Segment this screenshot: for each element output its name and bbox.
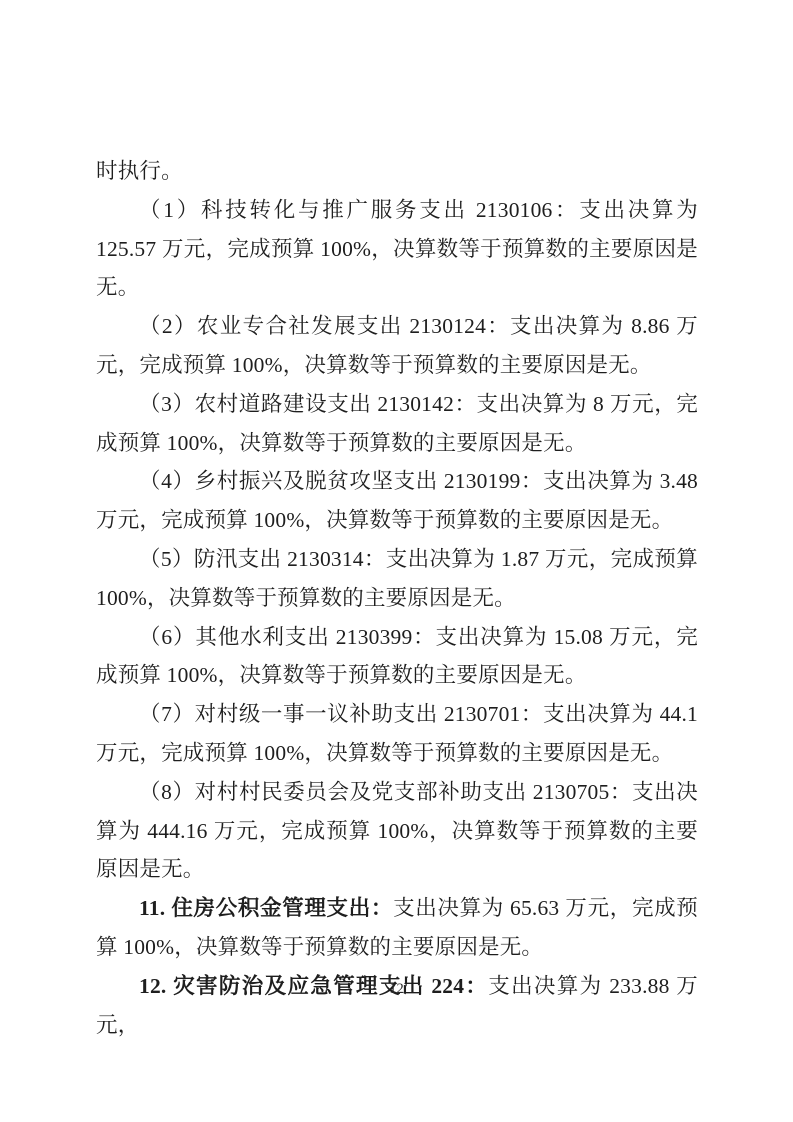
document-page: 时执行。（1）科技转化与推广服务支出 2130106：支出决算为 125.57 …: [0, 0, 793, 1122]
paragraph-text-run: （6）其他水利支出 2130399：支出决算为 15.08 万元，完成预算 10…: [96, 625, 698, 688]
paragraph-text-run: （2）农业专合社发展支出 2130124：支出决算为 8.86 万元，完成预算 …: [96, 314, 698, 377]
paragraph: （6）其他水利支出 2130399：支出决算为 15.08 万元，完成预算 10…: [96, 618, 698, 696]
paragraph-heading-run: 11. 住房公积金管理支出：: [139, 896, 393, 920]
page-footer: 12: [0, 979, 793, 999]
paragraph: （8）对村村民委员会及党支部补助支出 2130705：支出决算为 444.16 …: [96, 773, 698, 889]
document-body: 时执行。（1）科技转化与推广服务支出 2130106：支出决算为 125.57 …: [96, 152, 698, 1044]
paragraph: （2）农业专合社发展支出 2130124：支出决算为 8.86 万元，完成预算 …: [96, 307, 698, 385]
paragraph-text-run: （7）对村级一事一议补助支出 2130701：支出决算为 44.1 万元，完成预…: [96, 702, 698, 765]
paragraph: （3）农村道路建设支出 2130142：支出决算为 8 万元，完成预算 100%…: [96, 385, 698, 463]
paragraph: （1）科技转化与推广服务支出 2130106：支出决算为 125.57 万元，完…: [96, 191, 698, 307]
page-number: 12: [389, 981, 404, 997]
paragraph: （7）对村级一事一议补助支出 2130701：支出决算为 44.1 万元，完成预…: [96, 695, 698, 773]
paragraph-text-run: 时执行。: [96, 159, 183, 183]
paragraph-text-run: （1）科技转化与推广服务支出 2130106：支出决算为 125.57 万元，完…: [96, 198, 698, 300]
paragraph: 时执行。: [96, 152, 698, 191]
paragraph: （4）乡村振兴及脱贫攻坚支出 2130199：支出决算为 3.48 万元，完成预…: [96, 462, 698, 540]
paragraph-text-run: （5）防汛支出 2130314：支出决算为 1.87 万元，完成预算 100%，…: [96, 547, 698, 610]
paragraph: 11. 住房公积金管理支出：支出决算为 65.63 万元，完成预算 100%，决…: [96, 889, 698, 967]
paragraph-text-run: （4）乡村振兴及脱贫攻坚支出 2130199：支出决算为 3.48 万元，完成预…: [96, 469, 698, 532]
paragraph-text-run: （8）对村村民委员会及党支部补助支出 2130705：支出决算为 444.16 …: [96, 780, 698, 882]
paragraph: （5）防汛支出 2130314：支出决算为 1.87 万元，完成预算 100%，…: [96, 540, 698, 618]
paragraph-text-run: （3）农村道路建设支出 2130142：支出决算为 8 万元，完成预算 100%…: [96, 392, 698, 455]
